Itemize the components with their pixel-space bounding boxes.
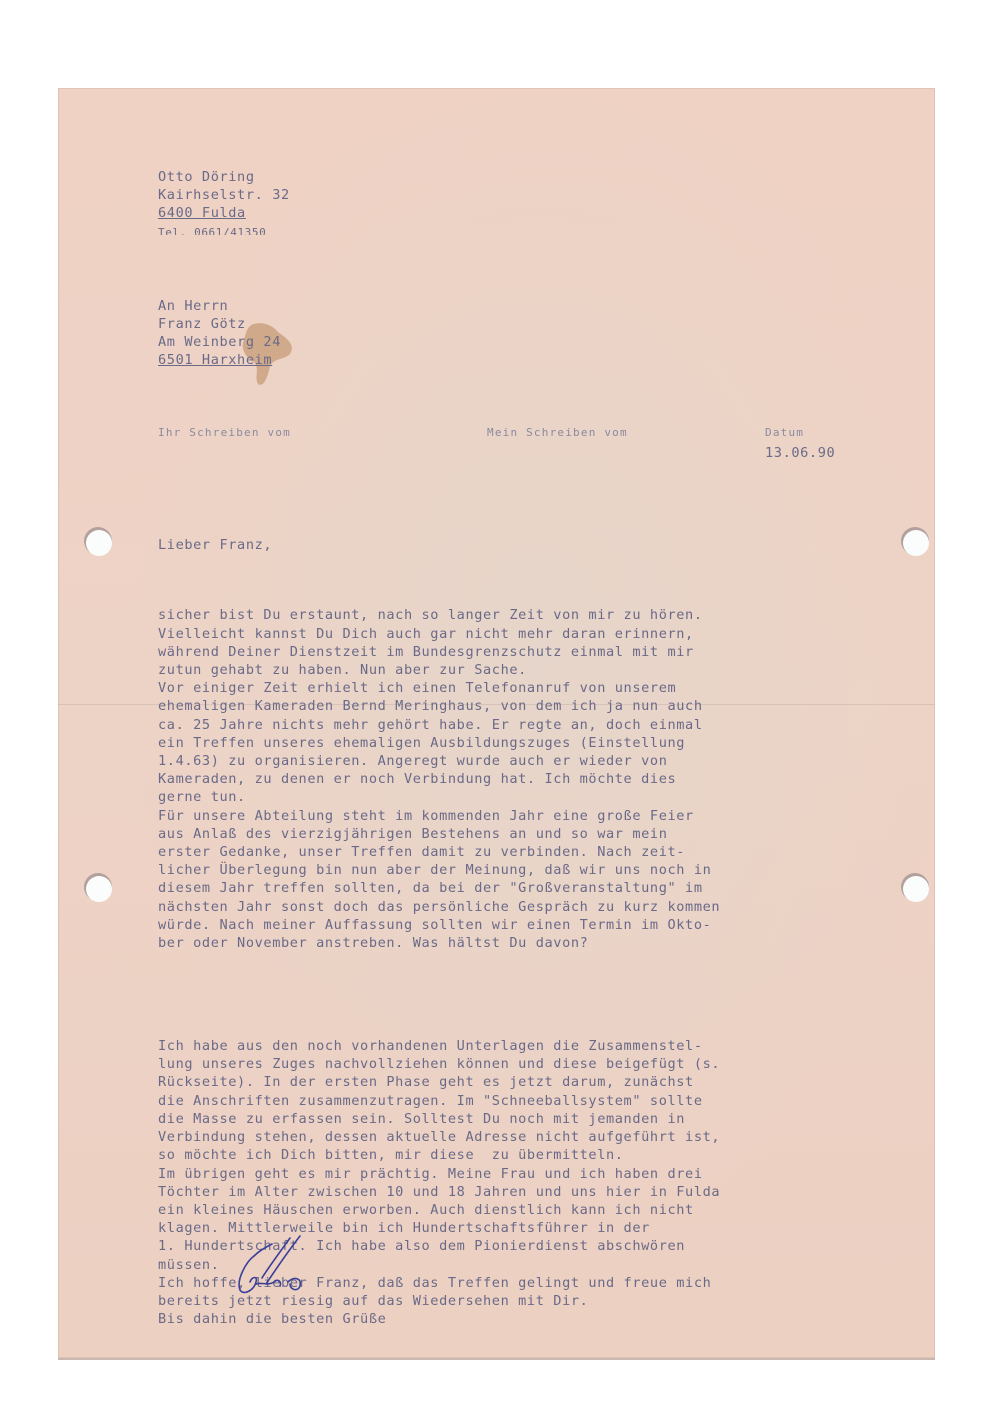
letter-line: ehemaligen Kameraden Bernd Meringhaus, v… [158,697,720,715]
your-letter-label: Ihr Schreiben vom [158,424,291,442]
recipient-salutation: An Herrn [158,297,228,315]
recipient-city: 6501 Harxheim [158,351,272,369]
sender-phone: Tel. 0661/41350 [158,226,266,235]
letter-line: lung unseres Zuges nachvollziehen können… [158,1055,720,1073]
letter-line: die Masse zu erfassen sein. Solltest Du … [158,1110,720,1128]
sender-name: Otto Döring [158,168,255,186]
letter-line: Kameraden, zu denen er noch Verbindung h… [158,770,720,788]
letter-line: Ich habe aus den noch vorhandenen Unterl… [158,1037,720,1055]
letter-line: würde. Nach meiner Auffassung sollten wi… [158,916,720,934]
punch-hole-left-top [86,530,112,556]
handwritten-signature [228,1232,328,1302]
letter-line: gerne tun. [158,788,720,806]
date-value: 13.06.90 [765,444,835,462]
recipient-street: Am Weinberg 24 [158,333,281,351]
letter-line: ca. 25 Jahre nichts mehr gehört habe. Er… [158,716,720,734]
punch-hole-right-top [903,530,929,556]
letter-line: erster Gedanke, unser Treffen damit zu v… [158,843,720,861]
letter-line: licher Überlegung bin nun aber der Meinu… [158,861,720,879]
letter-line: zutun gehabt zu haben. Nun aber zur Sach… [158,661,720,679]
letter-line: Für unsere Abteilung steht im kommenden … [158,807,720,825]
letter-line: Bis dahin die besten Grüße [158,1310,720,1328]
letter-line: ber oder November anstreben. Was hältst … [158,934,720,952]
date-label: Datum [765,424,804,442]
letter-line: ein Treffen unseres ehemaligen Ausbildun… [158,734,720,752]
letter-line: Töchter im Alter zwischen 10 und 18 Jahr… [158,1183,720,1201]
letter-line: diesem Jahr treffen sollten, da bei der … [158,879,720,897]
sender-city: 6400 Fulda [158,204,246,222]
letter-line: nächsten Jahr sonst doch das persönliche… [158,898,720,916]
letter-line: Verbindung stehen, dessen aktuelle Adres… [158,1128,720,1146]
punch-hole-left-bottom [86,876,112,902]
sender-street: Kairhselstr. 32 [158,186,290,204]
letter-line: ein kleines Häuschen erworben. Auch dien… [158,1201,720,1219]
letter-line: aus Anlaß des vierzigjährigen Bestehens … [158,825,720,843]
letter-line: Rückseite). In der ersten Phase geht es … [158,1073,720,1091]
letter-line: so möchte ich Dich bitten, mir diese zu … [158,1146,720,1164]
letter-body: sicher bist Du erstaunt, nach so langer … [158,570,720,1347]
letter-line: Vielleicht kannst Du Dich auch gar nicht… [158,625,720,643]
my-letter-label: Mein Schreiben vom [487,424,628,442]
greeting: Lieber Franz, [158,536,272,554]
letter-line: Im übrigen geht es mir prächtig. Meine F… [158,1165,720,1183]
letter-line: sicher bist Du erstaunt, nach so langer … [158,606,720,624]
letter-line: während Deiner Dienstzeit im Bundesgrenz… [158,643,720,661]
letter-line: 1.4.63) zu organisieren. Angeregt wurde … [158,752,720,770]
punch-hole-right-bottom [903,876,929,902]
recipient-name: Franz Götz [158,315,246,333]
letter-line: Vor einiger Zeit erhielt ich einen Telef… [158,679,720,697]
letter-line: die Anschriften zusammenzutragen. Im "Sc… [158,1092,720,1110]
paragraph-1: sicher bist Du erstaunt, nach so langer … [158,606,720,952]
